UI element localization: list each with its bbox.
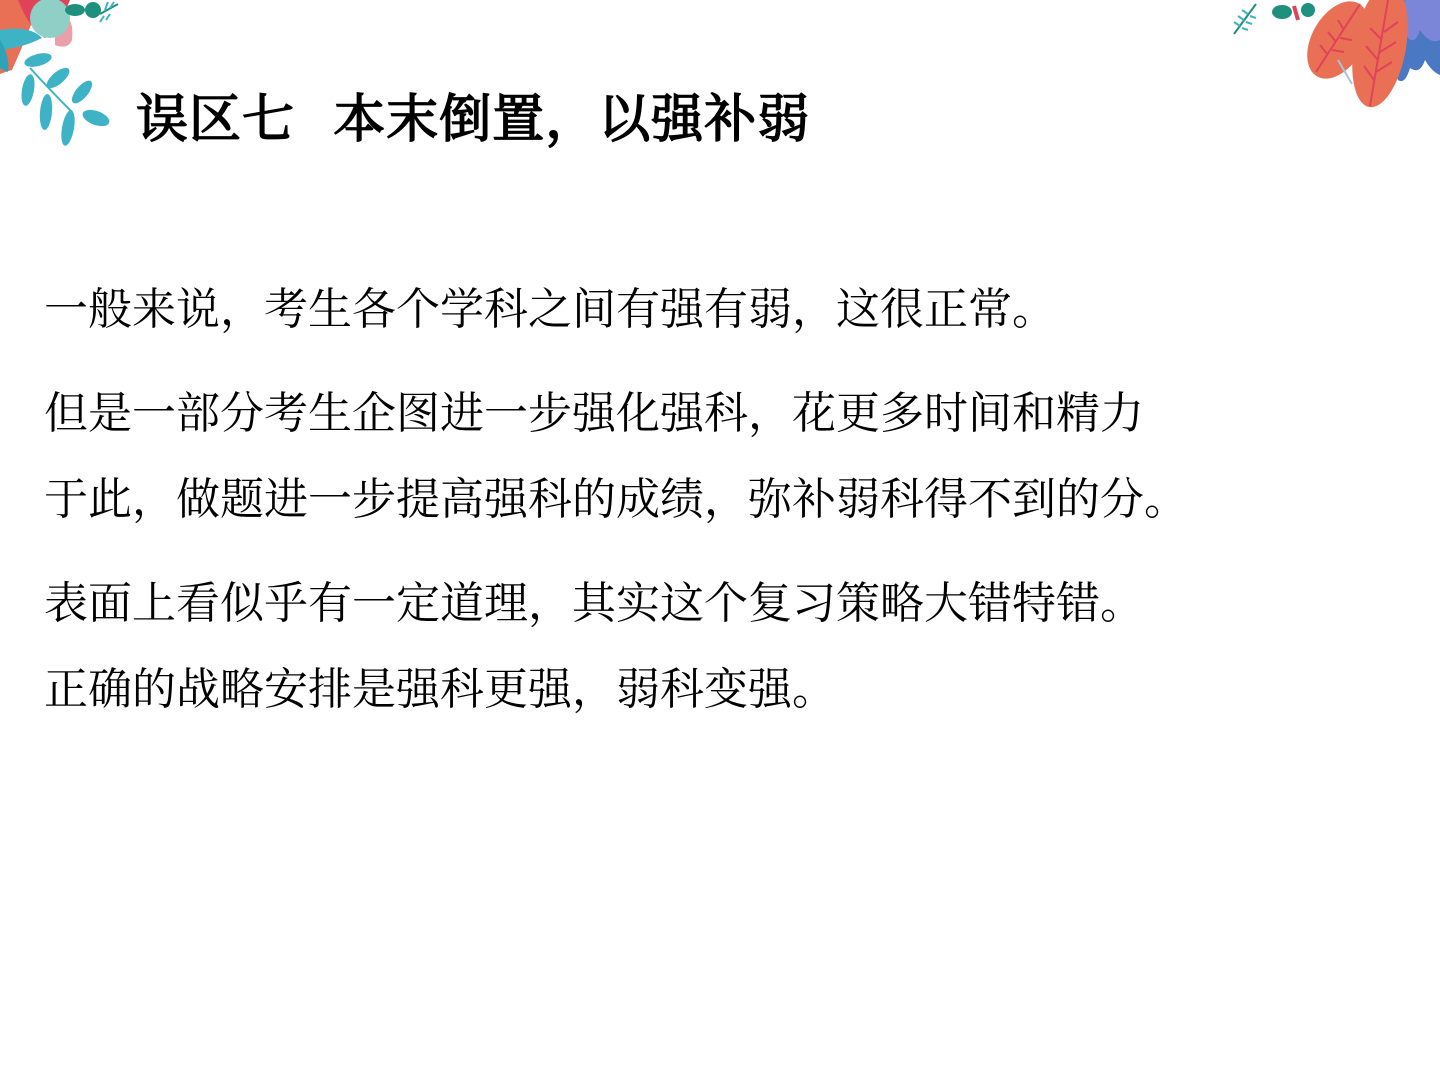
paragraph-2-line-1: 但是一部分考生企图进一步强化强科，花更多时间和精力 bbox=[44, 386, 1144, 442]
paragraph-3-line-2: 正确的战略安排是强科更强，弱科变强。 bbox=[44, 662, 836, 718]
floral-decoration-top-right-icon bbox=[1220, 0, 1440, 120]
paragraph-3-line-1: 表面上看似乎有一定道理，其实这个复习策略大错特错。 bbox=[44, 576, 1144, 632]
paragraph-2-line-2: 于此，做题进一步提高强科的成绩，弥补弱科得不到的分。 bbox=[44, 472, 1188, 528]
slide: 误区七 本末倒置，以强补弱 一般来说，考生各个学科之间有强有弱，这很正常。 但是… bbox=[0, 0, 1440, 1080]
slide-title: 误区七 本末倒置，以强补弱 bbox=[136, 88, 810, 152]
paragraph-1-line-1: 一般来说，考生各个学科之间有强有弱，这很正常。 bbox=[44, 282, 1056, 338]
